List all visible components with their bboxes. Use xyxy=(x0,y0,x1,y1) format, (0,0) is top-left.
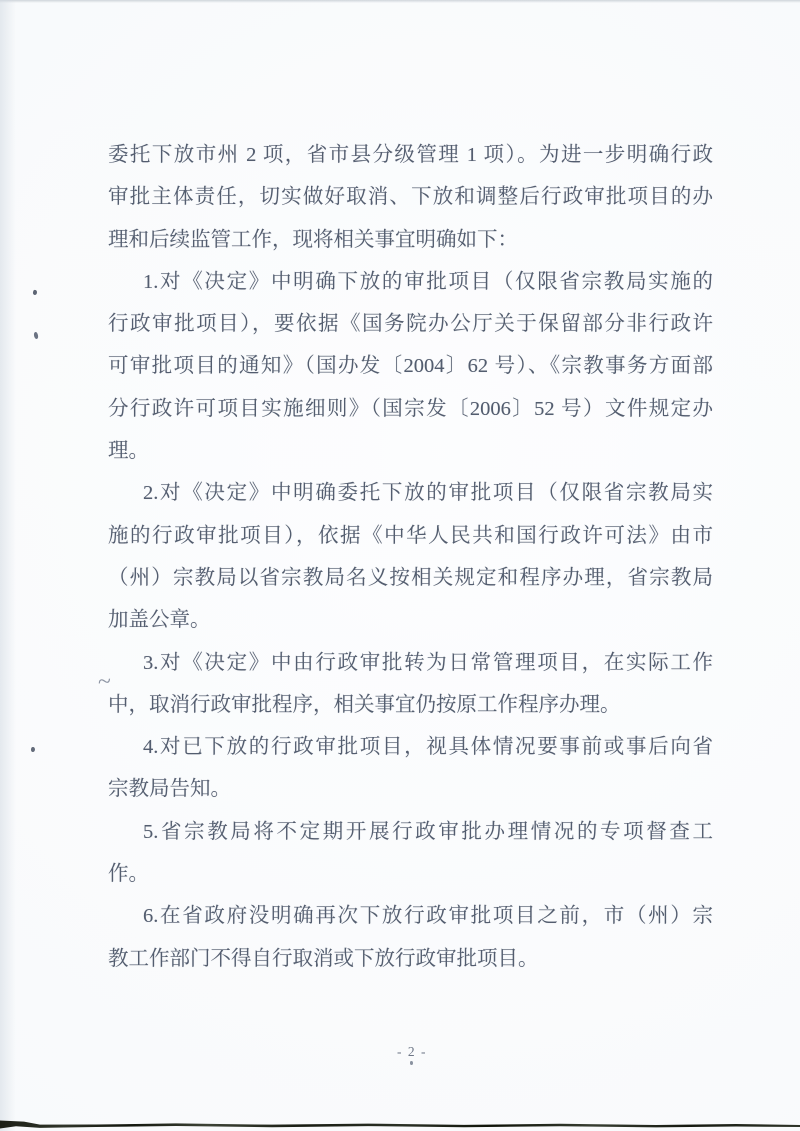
scan-top-edge xyxy=(0,0,800,3)
doc-line: 2.对《决定》中明确委托下放的审批项目（仅限省宗教局实 xyxy=(108,472,713,514)
doc-line: 施的行政审批项目），依据《中华人民共和国行政许可法》由市 xyxy=(108,515,713,557)
doc-line: 理。 xyxy=(108,430,713,472)
doc-line: （州）宗教局以省宗教局名义按相关规定和程序办理，省宗教局 xyxy=(108,557,713,599)
doc-line: 委托下放市州 2 项，省市县分级管理 1 项）。为进一步明确行政 xyxy=(108,134,713,176)
doc-line: 6.在省政府没明确再次下放行政审批项目之前，市（州）宗 xyxy=(108,895,713,937)
doc-line: 加盖公章。 xyxy=(108,599,713,641)
continuation-paragraph: 委托下放市州 2 项，省市县分级管理 1 项）。为进一步明确行政 审批主体责任，… xyxy=(108,134,713,261)
doc-line: 1.对《决定》中明确下放的审批项目（仅限省宗教局实施的 xyxy=(108,261,713,303)
doc-line: 4.对已下放的行政审批项目，视具体情况要事前或事后向省 xyxy=(108,726,713,768)
doc-line: 3.对《决定》中由行政审批转为日常管理项目，在实际工作 xyxy=(108,642,713,684)
document-body: 委托下放市州 2 项，省市县分级管理 1 项）。为进一步明确行政 审批主体责任，… xyxy=(108,134,713,980)
doc-line: 中，取消行政审批程序，相关事宜仍按原工作程序办理。 xyxy=(108,684,713,726)
page-number: - 2 - xyxy=(12,1044,800,1060)
doc-line: 理和后续监管工作，现将相关事宜明确如下： xyxy=(108,219,713,261)
numbered-item-6: 6.在省政府没明确再次下放行政审批项目之前，市（州）宗 教工作部门不得自行取消或… xyxy=(108,895,713,980)
doc-line: 5.省宗教局将不定期开展行政审批办理情况的专项督查工 xyxy=(108,811,713,853)
scan-bottom-edge xyxy=(0,1119,800,1131)
doc-line: 审批主体责任，切实做好取消、下放和调整后行政审批项目的办 xyxy=(108,176,713,218)
doc-line: 作。 xyxy=(108,853,713,895)
scan-squiggle-mark: ~ xyxy=(97,672,111,693)
doc-line: 行政审批项目），要依据《国务院办公厅关于保留部分非行政许 xyxy=(108,303,713,345)
doc-line: 可审批项目的通知》（国办发〔2004〕62 号）、《宗教事务方面部 xyxy=(108,345,713,387)
scan-left-shade xyxy=(0,0,16,1131)
scan-edge-line xyxy=(0,1120,800,1129)
scan-speck xyxy=(32,290,37,296)
doc-line: 教工作部门不得自行取消或下放行政审批项目。 xyxy=(108,938,713,980)
doc-line: 宗教局告知。 xyxy=(108,768,713,810)
doc-line: 分行政许可项目实施细则》（国宗发〔2006〕52 号）文件规定办 xyxy=(108,388,713,430)
numbered-item-2: 2.对《决定》中明确委托下放的审批项目（仅限省宗教局实 施的行政审批项目），依据… xyxy=(108,472,713,641)
numbered-item-3: 3.对《决定》中由行政审批转为日常管理项目，在实际工作 中，取消行政审批程序，相… xyxy=(108,642,713,727)
scan-speck xyxy=(33,332,39,340)
numbered-item-4: 4.对已下放的行政审批项目，视具体情况要事前或事后向省 宗教局告知。 xyxy=(108,726,713,811)
numbered-item-5: 5.省宗教局将不定期开展行政审批办理情况的专项督查工 作。 xyxy=(108,811,713,896)
scan-speck xyxy=(31,747,36,753)
scan-speck xyxy=(410,1061,413,1065)
numbered-item-1: 1.对《决定》中明确下放的审批项目（仅限省宗教局实施的 行政审批项目），要依据《… xyxy=(108,261,713,472)
